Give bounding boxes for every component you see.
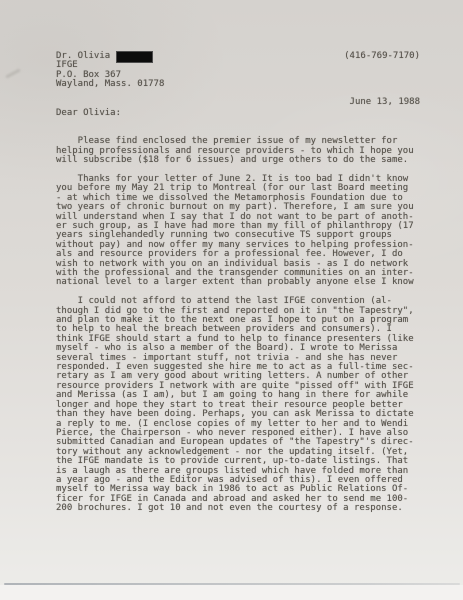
letter-content: Dr. Olivia (416-769-7170) IFGE P.O. Box … — [56, 52, 420, 523]
scanned-letter-page: Dr. Olivia (416-769-7170) IFGE P.O. Box … — [0, 0, 463, 600]
paragraph-3: I could not afford to attend the last IF… — [56, 297, 420, 513]
paragraph-2: Thanks for your letter of June 2. It is … — [56, 175, 420, 288]
scan-artifact-streak — [5, 68, 21, 78]
letter-date: June 13, 1988 — [56, 98, 420, 107]
redaction-box — [116, 51, 153, 63]
salutation: Dear Olivia: — [56, 109, 420, 118]
phone-number: (416-769-7170) — [344, 52, 420, 61]
recipient-city: Wayland, Mass. 01778 — [56, 80, 420, 89]
letter-body: Please find enclosed the premier issue o… — [56, 137, 420, 513]
letter-header-row: Dr. Olivia (416-769-7170) — [56, 52, 420, 61]
paragraph-1: Please find enclosed the premier issue o… — [56, 137, 420, 165]
scanner-background-strip — [0, 585, 463, 600]
